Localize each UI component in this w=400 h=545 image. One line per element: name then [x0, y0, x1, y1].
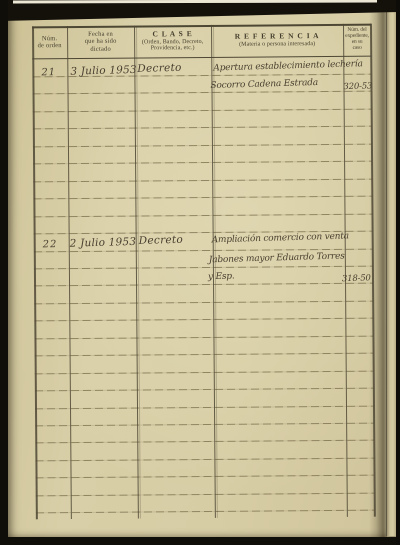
ruled-line [33, 143, 372, 147]
ruled-line [34, 283, 373, 287]
header-cell-expediente: Núm. del expediente, en su caso [343, 24, 371, 56]
ruled-line [34, 266, 373, 270]
scan-left-border [0, 0, 8, 545]
header-text: de orden [38, 42, 62, 50]
ruled-line [33, 161, 372, 165]
ruled-line [34, 335, 373, 339]
table-header-row: Núm. de orden Fecha en que ha sido dicta… [32, 24, 371, 60]
ruled-line [35, 405, 374, 409]
register-table: Núm. de orden Fecha en que ha sido dicta… [32, 24, 375, 520]
entry-expediente: 320-53 [343, 81, 372, 92]
ruled-line [34, 301, 373, 305]
ruled-line [33, 126, 372, 130]
header-cell-fecha: Fecha en que ha sido dictado [67, 26, 134, 59]
ruled-line [33, 178, 372, 182]
ruled-line [35, 423, 374, 427]
header-text: caso [353, 46, 362, 52]
header-subtext: (Materia o persona interesada) [239, 41, 315, 48]
header-text: Núm. [42, 35, 57, 43]
entry-num: 22 [43, 239, 58, 250]
column-divider [134, 26, 139, 519]
ruled-line [35, 440, 374, 444]
ruled-line [34, 318, 373, 322]
entry-referencia-line: Ampliación comercio con venta [212, 231, 349, 245]
entry-fecha: 3 Julio 1953 [70, 64, 137, 78]
ruled-line [35, 458, 374, 462]
header-cell-clase: C L A S E (Orden, Bando, Decreto, Provid… [134, 25, 211, 58]
header-cell-referencia: R E F E R E N C I A (Materia o persona i… [211, 24, 343, 57]
header-subtext: (Orden, Bando, Decreto, Providencia, etc… [135, 39, 210, 53]
entry-referencia-line: y Esp. [208, 271, 235, 282]
column-divider [67, 26, 72, 519]
entry-clase: Decreto [137, 62, 182, 75]
entry-referencia-line: Apertura establecimiento lechería [213, 59, 363, 73]
entry-fecha: 2 Julio 1953 [70, 236, 137, 250]
ruled-line [35, 353, 374, 357]
ruled-line [35, 388, 374, 392]
ruled-line [33, 213, 372, 217]
entry-num: 21 [41, 67, 56, 78]
scan-bottom-border [0, 537, 400, 545]
header-text: que ha sido [85, 38, 117, 46]
header-text: C L A S E [152, 30, 192, 39]
scan-right-border [396, 0, 400, 545]
header-cell-num: Núm. de orden [32, 26, 67, 58]
entry-referencia-line: Jabones mayor Eduardo Torres [209, 251, 345, 265]
ruled-line [33, 109, 372, 113]
column-divider [343, 24, 348, 517]
ruled-line [36, 492, 375, 496]
entry-referencia-line: Socorro Cadena Estrada [210, 78, 318, 91]
ruled-line [36, 475, 375, 479]
header-text: dictado [90, 45, 111, 53]
ruled-line [33, 196, 372, 200]
ruled-line [36, 510, 375, 514]
entry-expediente: 318-50 [342, 273, 371, 284]
ruled-line [35, 370, 374, 374]
entry-clase: Decreto [139, 234, 184, 247]
ruled-line [33, 91, 372, 95]
